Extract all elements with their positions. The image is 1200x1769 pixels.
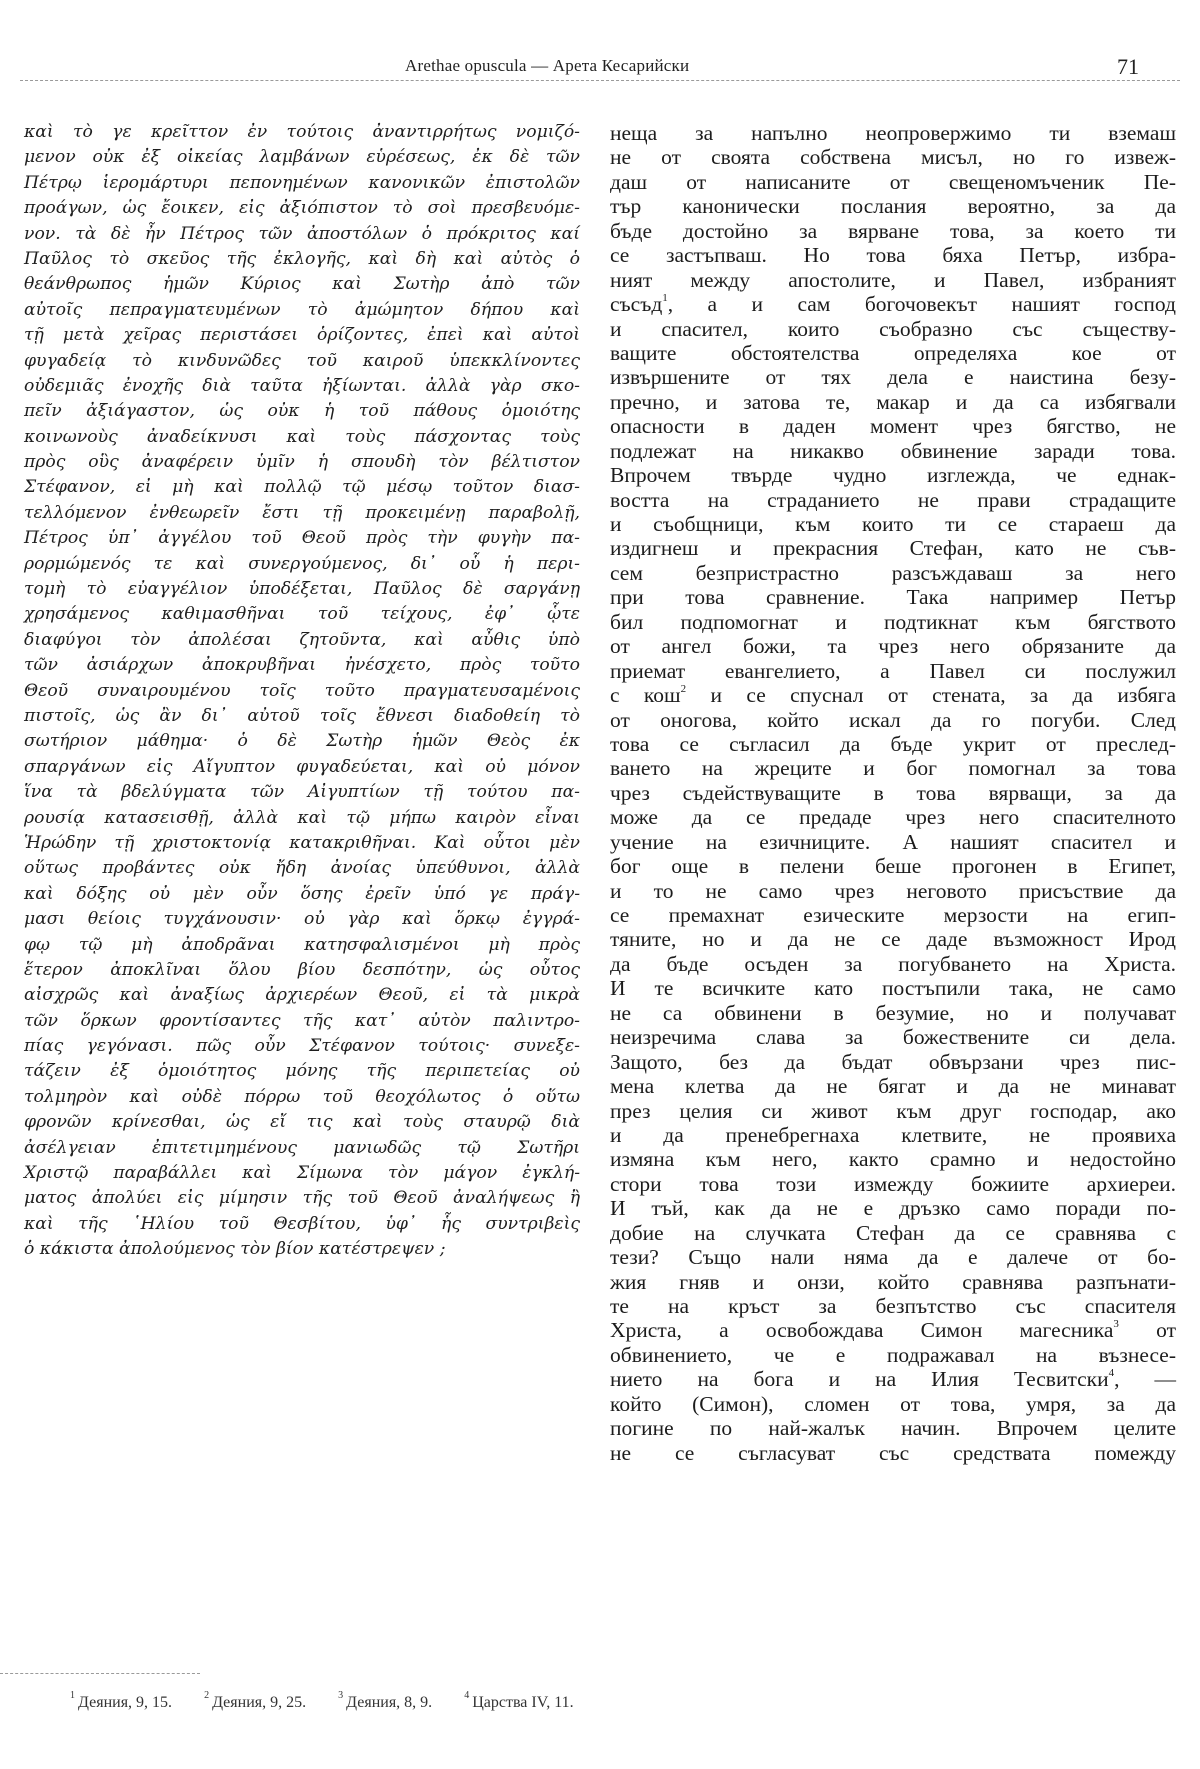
greek-line: ματος ἀπολύει εἰς μίμησιν τῆς τοῦ Θεοῦ ἀ… <box>24 1186 580 1211</box>
greek-line: σπαργάνων εἰς Αἴγυπτον φυγαδεύεται, καὶ … <box>24 755 580 780</box>
greek-line: καὶ δόξης οὐ μὲν οὖν ὅσης ἐρεῖν ὑπό γε π… <box>24 882 580 907</box>
greek-line: ρουσίᾳ κατασεισθῇ, ἀλλὰ καὶ τῷ μήπω καιρ… <box>24 806 580 831</box>
translation-line: може да се предаде чрез него спасителнот… <box>610 805 1176 829</box>
translation-line: нието на бога и на Илия Тесвитски4, — <box>610 1367 1176 1391</box>
translation-line: извършените от тях дела е наистина безу- <box>610 365 1176 389</box>
translation-line: обвинението, че е подражавал на възнесе- <box>610 1343 1176 1367</box>
translation-line: сем безпристрастно разсъждаваш за него <box>610 561 1176 585</box>
greek-line: τάζειν ἐξ ὁμοιότητος μόνης τῆς περιπετεί… <box>24 1059 580 1084</box>
greek-line: ἀσέλγειαν ἐπιτετιμημένους μανιωδῶς τῷ Σω… <box>24 1136 580 1161</box>
greek-line: Πέτρῳ ἱερομάρτυρι πεπονημένων κανονικῶν … <box>24 171 580 196</box>
footnote-marker: 2 <box>681 683 687 695</box>
translation-line: съсъд1, а и сам богочовекът нашият госпо… <box>610 292 1176 316</box>
translation-line: и то не само чрез неговото присъствие да <box>610 879 1176 903</box>
translation-line: И тъй, как да не е дръзко само поради по… <box>610 1196 1176 1220</box>
translation-line: който (Симон), сломен от това, умря, за … <box>610 1392 1176 1416</box>
greek-text-column: καὶ τὸ γε κρεῖττον ἐν τούτοις ἀναντιρρήτ… <box>24 120 580 1263</box>
footnote-number: 1 <box>70 1690 75 1701</box>
translation-line: опасности в даден момент чрез бягство, н… <box>610 414 1176 438</box>
bulgarian-translation-column: неща за напълно неопровержимо ти вземашн… <box>610 121 1176 1465</box>
greek-line: πιστοῖς, ὡς ἂν δι᾽ αὐτοῦ τοῖς ἔθνεσι δια… <box>24 704 580 729</box>
translation-line: добие на случката Стефан да се сравнява … <box>610 1221 1176 1245</box>
greek-line: πεῖν ἀξιάγαστον, ὡς οὐκ ἡ τοῦ πάθους ὁμο… <box>24 399 580 424</box>
greek-line: τολμηρὸν καὶ οὐδὲ πόρρω τοῦ θεοχόλωτος ὁ… <box>24 1085 580 1110</box>
translation-line: и спасител, които съобразно със съществу… <box>610 317 1176 341</box>
translation-line: не се съгласуват със средствата помежду <box>610 1441 1176 1465</box>
greek-line: Χριστῷ παραβάλλει καὶ Σίμωνα τὸν μάγον ἐ… <box>24 1161 580 1186</box>
translation-line: се застъпваш. Но това бяха Петър, избра- <box>610 243 1176 267</box>
translation-line: да бъде осъден за погубването на Христа. <box>610 952 1176 976</box>
greek-line: οὐδεμιᾶς ἐνοχῆς διὰ ταῦτα ἠξίωνται. ἀλλὰ… <box>24 374 580 399</box>
header-rule <box>20 80 1180 81</box>
translation-line: бог още в пелени беше прогонен в Египет, <box>610 854 1176 878</box>
translation-line: пречно, и затова те, макар и да са избяг… <box>610 390 1176 414</box>
greek-line: Θεοῦ συναιρουμένου τοῖς τοῦτο πραγματευσ… <box>24 679 580 704</box>
greek-line: ρορμώμενός τε καὶ συνεργούμενος, δι᾽ οὗ … <box>24 552 580 577</box>
greek-line: καὶ τῆς ῾Ηλίου τοῦ Θεσβίτου, ὑφ᾽ ἧς συντ… <box>24 1212 580 1237</box>
translation-line: Впрочем твърде чудно изглежда, че еднак- <box>610 463 1176 487</box>
translation-line: през целия си живот към друг господар, а… <box>610 1099 1176 1123</box>
greek-line: ἕτερον ἀποκλῖναι ὅλου βίου δεσπότην, ὡς … <box>24 958 580 983</box>
footnote-marker: 4 <box>1109 1367 1115 1379</box>
greek-line: τομὴ τὸ εὐαγγέλιον ὑποδέξεται, Παῦλος δὲ… <box>24 577 580 602</box>
greek-line: ἵνα τὰ βδελύγματα τῶν Αἰγυπτίων τῇ τούτο… <box>24 780 580 805</box>
translation-line: мена клетва да не бягат и да не минават <box>610 1074 1176 1098</box>
translation-line: востта на страданието не прави страдащит… <box>610 488 1176 512</box>
footnote: 1Деяния, 9, 15. <box>70 1694 172 1712</box>
translation-line: приемат евангелието, а Павел си послужил <box>610 659 1176 683</box>
footnote-text: Деяния, 9, 25. <box>212 1694 306 1711</box>
translation-line: Защото, без да бъдат обвързани чрез пис- <box>610 1050 1176 1074</box>
greek-line: κοινωνοὺς ἀναδείκνυσι καὶ τοὺς πάσχοντας… <box>24 425 580 450</box>
greek-line: ὁ κάκιστα ἀπολούμενος τὸν βίον κατέστρεψ… <box>24 1237 580 1262</box>
translation-line: издигнеш и прекрасния Стефан, като не съ… <box>610 536 1176 560</box>
translation-line: и да пренебрегнаха клетвите, не проявиха <box>610 1123 1176 1147</box>
greek-line: νον. τὰ δὲ ἦν Πέτρος τῶν ἀποστόλων ὁ πρό… <box>24 222 580 247</box>
translation-line: тези? Също нали няма да е далече от бо- <box>610 1245 1176 1269</box>
greek-line: καὶ τὸ γε κρεῖττον ἐν τούτοις ἀναντιρρήτ… <box>24 120 580 145</box>
translation-line: тър канонически послания вероятно, за да <box>610 194 1176 218</box>
greek-line: πρὸς οὓς ἀναφέρειν ὑμῖν ἡ σπουδὴ τὸν βέλ… <box>24 450 580 475</box>
footnote-number: 4 <box>464 1690 469 1701</box>
translation-line: неща за напълно неопровержимо ти вземаш <box>610 121 1176 145</box>
footnotes: 1Деяния, 9, 15.2Деяния, 9, 25.3Деяния, 8… <box>70 1694 606 1712</box>
footnote-marker: 3 <box>1113 1318 1119 1330</box>
footnote: 3Деяния, 8, 9. <box>338 1694 432 1712</box>
footnote-text: Царства IV, 11. <box>472 1694 573 1711</box>
footnote-number: 3 <box>338 1690 343 1701</box>
footnote-rule <box>0 1673 200 1674</box>
translation-line: ването на жреците и бог помогнал за това <box>610 756 1176 780</box>
greek-line: οὕτως προβάντες οὐκ ἤδη ἀνοίας ὑπεύθυνοι… <box>24 856 580 881</box>
greek-line: Στέφανον, εἰ μὴ καὶ πολλῷ τῷ μέσῳ τοῦτον… <box>24 475 580 500</box>
footnote-number: 2 <box>204 1690 209 1701</box>
translation-line: от ангел божи, та чрез него обрязаните д… <box>610 634 1176 658</box>
greek-line: τελλόμενον ἐνθεωρεῖν ἔστι τῇ προκειμένῃ … <box>24 501 580 526</box>
translation-line: те на кръст за безпътство със спасителя <box>610 1294 1176 1318</box>
greek-line: αὐτοῖς πεπραγματευμένων τὸ ἀμώμητον δήπο… <box>24 298 580 323</box>
translation-line: чрез съдействуващите в това вярващи, за … <box>610 781 1176 805</box>
footnote-marker: 1 <box>662 292 668 304</box>
translation-line: се премахнат езическите мерзости на егип… <box>610 903 1176 927</box>
footnote-text: Деяния, 8, 9. <box>346 1694 432 1711</box>
translation-line: бъде достойно за вярване това, за което … <box>610 219 1176 243</box>
greek-line: διαφύγοι τὸν ἀπολέσαι ζητοῦντα, καὶ αὖθι… <box>24 628 580 653</box>
translation-line: Христа, а освобождава Симон магесника3 о… <box>610 1318 1176 1342</box>
translation-line: подлежат на никакво обвинение заради тов… <box>610 439 1176 463</box>
greek-line: Παῦλος τὸ σκεῦος τῆς ἐκλογῆς, καὶ δὴ καὶ… <box>24 247 580 272</box>
translation-line: ващите обстоятелства определяха кое от <box>610 341 1176 365</box>
greek-line: φρονῶν κρίνεσθαι, ὡς εἴ τις καὶ τοὺς στα… <box>24 1110 580 1135</box>
greek-line: θεάνθρωπος ἡμῶν Κύριος καὶ Σωτὴρ ἀπὸ τῶν <box>24 272 580 297</box>
footnote: 2Деяния, 9, 25. <box>204 1694 306 1712</box>
greek-line: φῳ τῷ μὴ ἀποδρᾶναι κατησφαλισμένοι μὴ πρ… <box>24 933 580 958</box>
translation-line: тяните, но и да не се даде възможност Ир… <box>610 927 1176 951</box>
greek-line: αἰσχρῶς καὶ ἀναξίως ἀρχιερέων Θεοῦ, εἰ τ… <box>24 983 580 1008</box>
running-header: Arethae opuscula — Арета Кесарийски 71 <box>0 56 1200 80</box>
translation-line: учение на езичниците. А нашият спасител … <box>610 830 1176 854</box>
footnote-text: Деяния, 9, 15. <box>78 1694 172 1711</box>
greek-line: σωτήριον μάθημα· ὁ δὲ Σωτὴρ ἡμῶν Θεὸς ἐκ <box>24 729 580 754</box>
translation-line: стори това този измежду божиите архиереи… <box>610 1172 1176 1196</box>
greek-line: φυγαδείᾳ τὸ κινδυνῶδες τοῦ καιροῦ ὑπεκκλ… <box>24 349 580 374</box>
running-title: Arethae opuscula — Арета Кесарийски <box>405 56 689 76</box>
greek-line: χρησάμενος καθιμασθῆναι τοῦ τείχους, ἐφ᾽… <box>24 602 580 627</box>
greek-line: τῇ μετὰ χεῖρας περιστάσει ὁρίζοντες, ἐπε… <box>24 323 580 348</box>
greek-line: μασι θείοις τυγχάνουσιν· οὐ γὰρ καὶ ὅρκῳ… <box>24 907 580 932</box>
translation-line: неизречима слава за божествените си дела… <box>610 1025 1176 1049</box>
translation-line: бил подпомогнат и подтикнат към бягствот… <box>610 610 1176 634</box>
translation-line: не са обвинени в безумие, но и получават <box>610 1001 1176 1025</box>
translation-line: и съобщници, към които ти се стараеш да <box>610 512 1176 536</box>
greek-line: πίας γεγόνασι. πῶς οὖν Στέφανον τούτοις·… <box>24 1034 580 1059</box>
greek-line: Ἡρώδην τῇ χριστοκτονίᾳ κατακριθῆναι. Καὶ… <box>24 831 580 856</box>
greek-line: τῶν ὅρκων φροντίσαντες τῆς κατ᾽ αὐτὸν πα… <box>24 1009 580 1034</box>
translation-line: при това сравнение. Така например Петър <box>610 585 1176 609</box>
translation-line: това се съгласил да бъде укрит от пресле… <box>610 732 1176 756</box>
greek-line: μενον οὐκ ἐξ οἰκείας λαμβάνων εὑρέσεως, … <box>24 145 580 170</box>
greek-line: Πέτρος ὑπ᾽ ἀγγέλου τοῦ Θεοῦ πρὸς τὴν φυγ… <box>24 526 580 551</box>
translation-line: жия гняв и онзи, който сравнява разпънат… <box>610 1270 1176 1294</box>
page-number: 71 <box>1117 54 1139 80</box>
translation-line: измяна към него, както срамно и недостой… <box>610 1147 1176 1171</box>
translation-line: ният между апостолите, и Павел, избрания… <box>610 268 1176 292</box>
footnote: 4Царства IV, 11. <box>464 1694 573 1712</box>
translation-line: И те всичките като постъпили така, не са… <box>610 976 1176 1000</box>
greek-line: προάγων, ὡς ἔοικεν, εἰς ἀξιόπιστον τὸ σο… <box>24 196 580 221</box>
translation-line: не от своята собствена мисъл, но го изве… <box>610 145 1176 169</box>
translation-line: погине по най-жалък начин. Впрочем целит… <box>610 1416 1176 1440</box>
translation-line: с кош2 и се спуснал от стената, за да из… <box>610 683 1176 707</box>
translation-line: от оногова, който искал да го погуби. Сл… <box>610 708 1176 732</box>
translation-line: даш от написаните от свещеномъченик Пе- <box>610 170 1176 194</box>
greek-line: τῶν ἀσιάρχων ἀποκρυβῆναι ἠνέσχετο, πρὸς … <box>24 653 580 678</box>
